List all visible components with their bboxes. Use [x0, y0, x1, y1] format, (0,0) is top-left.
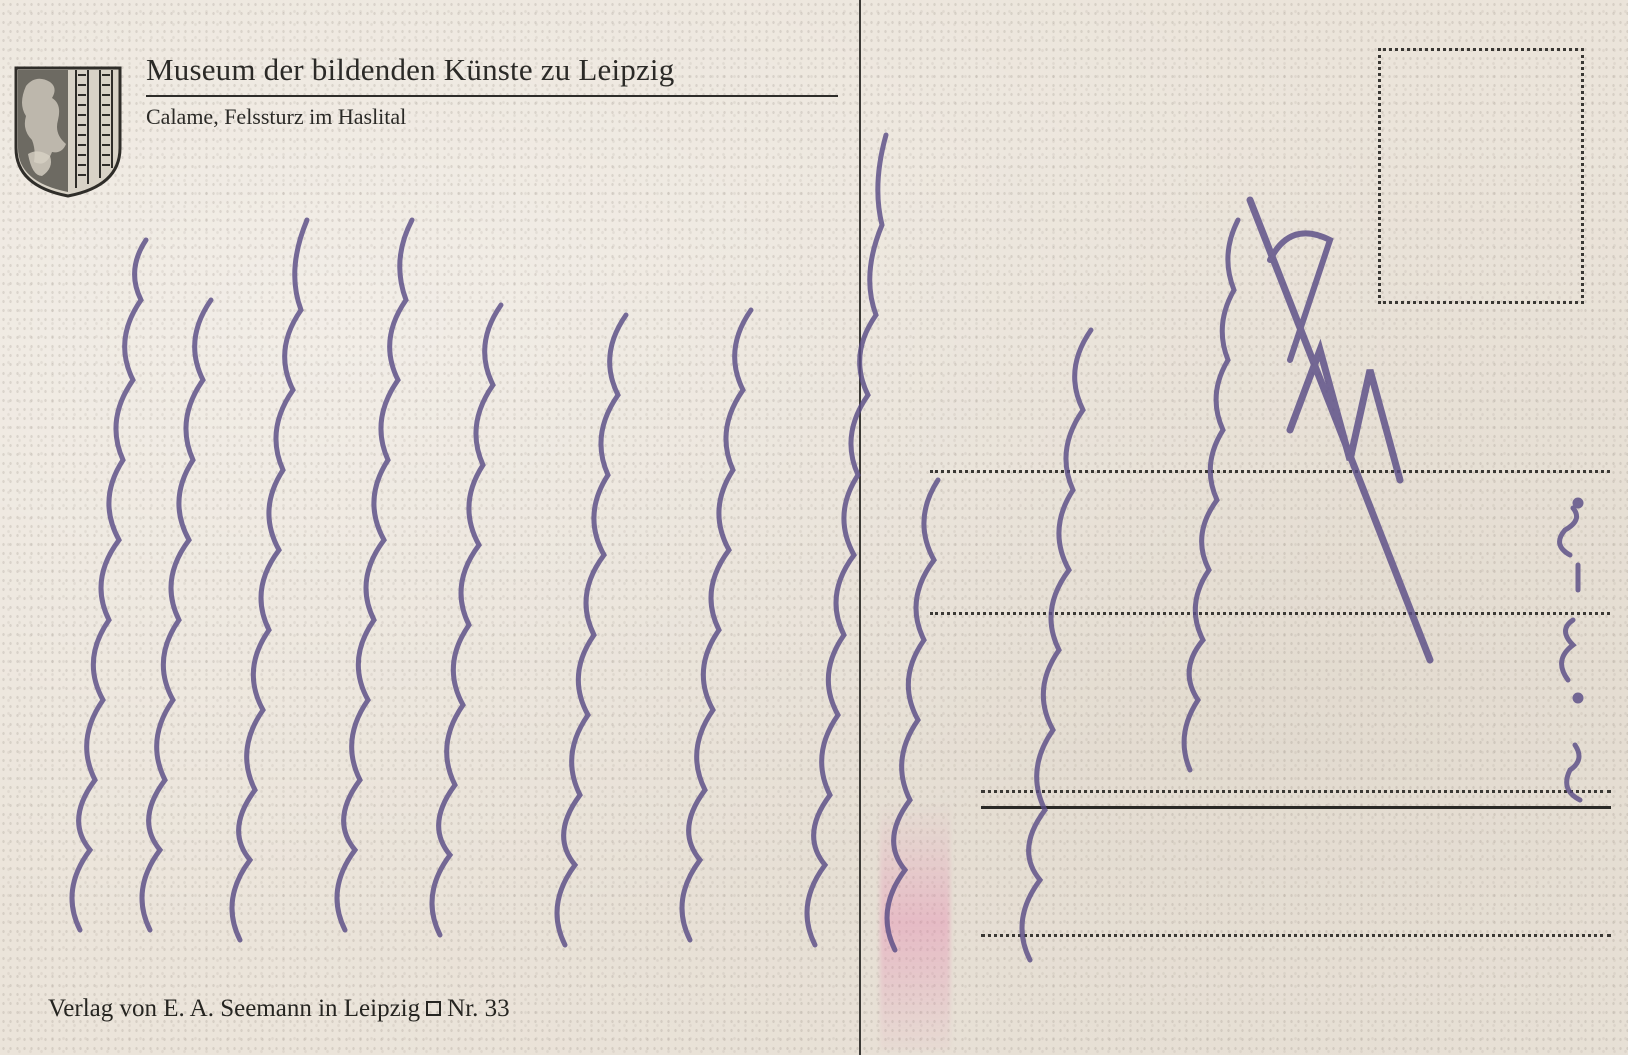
museum-title: Museum der bildenden Künste zu Leipzig [146, 52, 674, 88]
title-underline [146, 95, 838, 97]
address-line-1 [930, 470, 1610, 473]
coat-of-arms-icon [12, 64, 124, 198]
pink-ink-mark [880, 800, 950, 1050]
center-divider [859, 0, 861, 1055]
artwork-caption: Calame, Felssturz im Haslital [146, 104, 406, 130]
publisher-name: Verlag von E. A. Seemann in Leipzig [48, 995, 420, 1022]
card-number: Nr. 33 [447, 995, 510, 1022]
address-solid-rule [981, 806, 1611, 809]
address-line-3 [981, 790, 1611, 793]
stamp-box [1378, 48, 1584, 304]
address-line-2 [930, 612, 1610, 615]
publisher-line: Verlag von E. A. Seemann in LeipzigNr. 3… [48, 995, 510, 1023]
postcard-back: Museum der bildenden Künste zu Leipzig C… [0, 0, 1628, 1055]
square-separator-icon [426, 1001, 441, 1016]
address-line-4 [981, 934, 1611, 937]
